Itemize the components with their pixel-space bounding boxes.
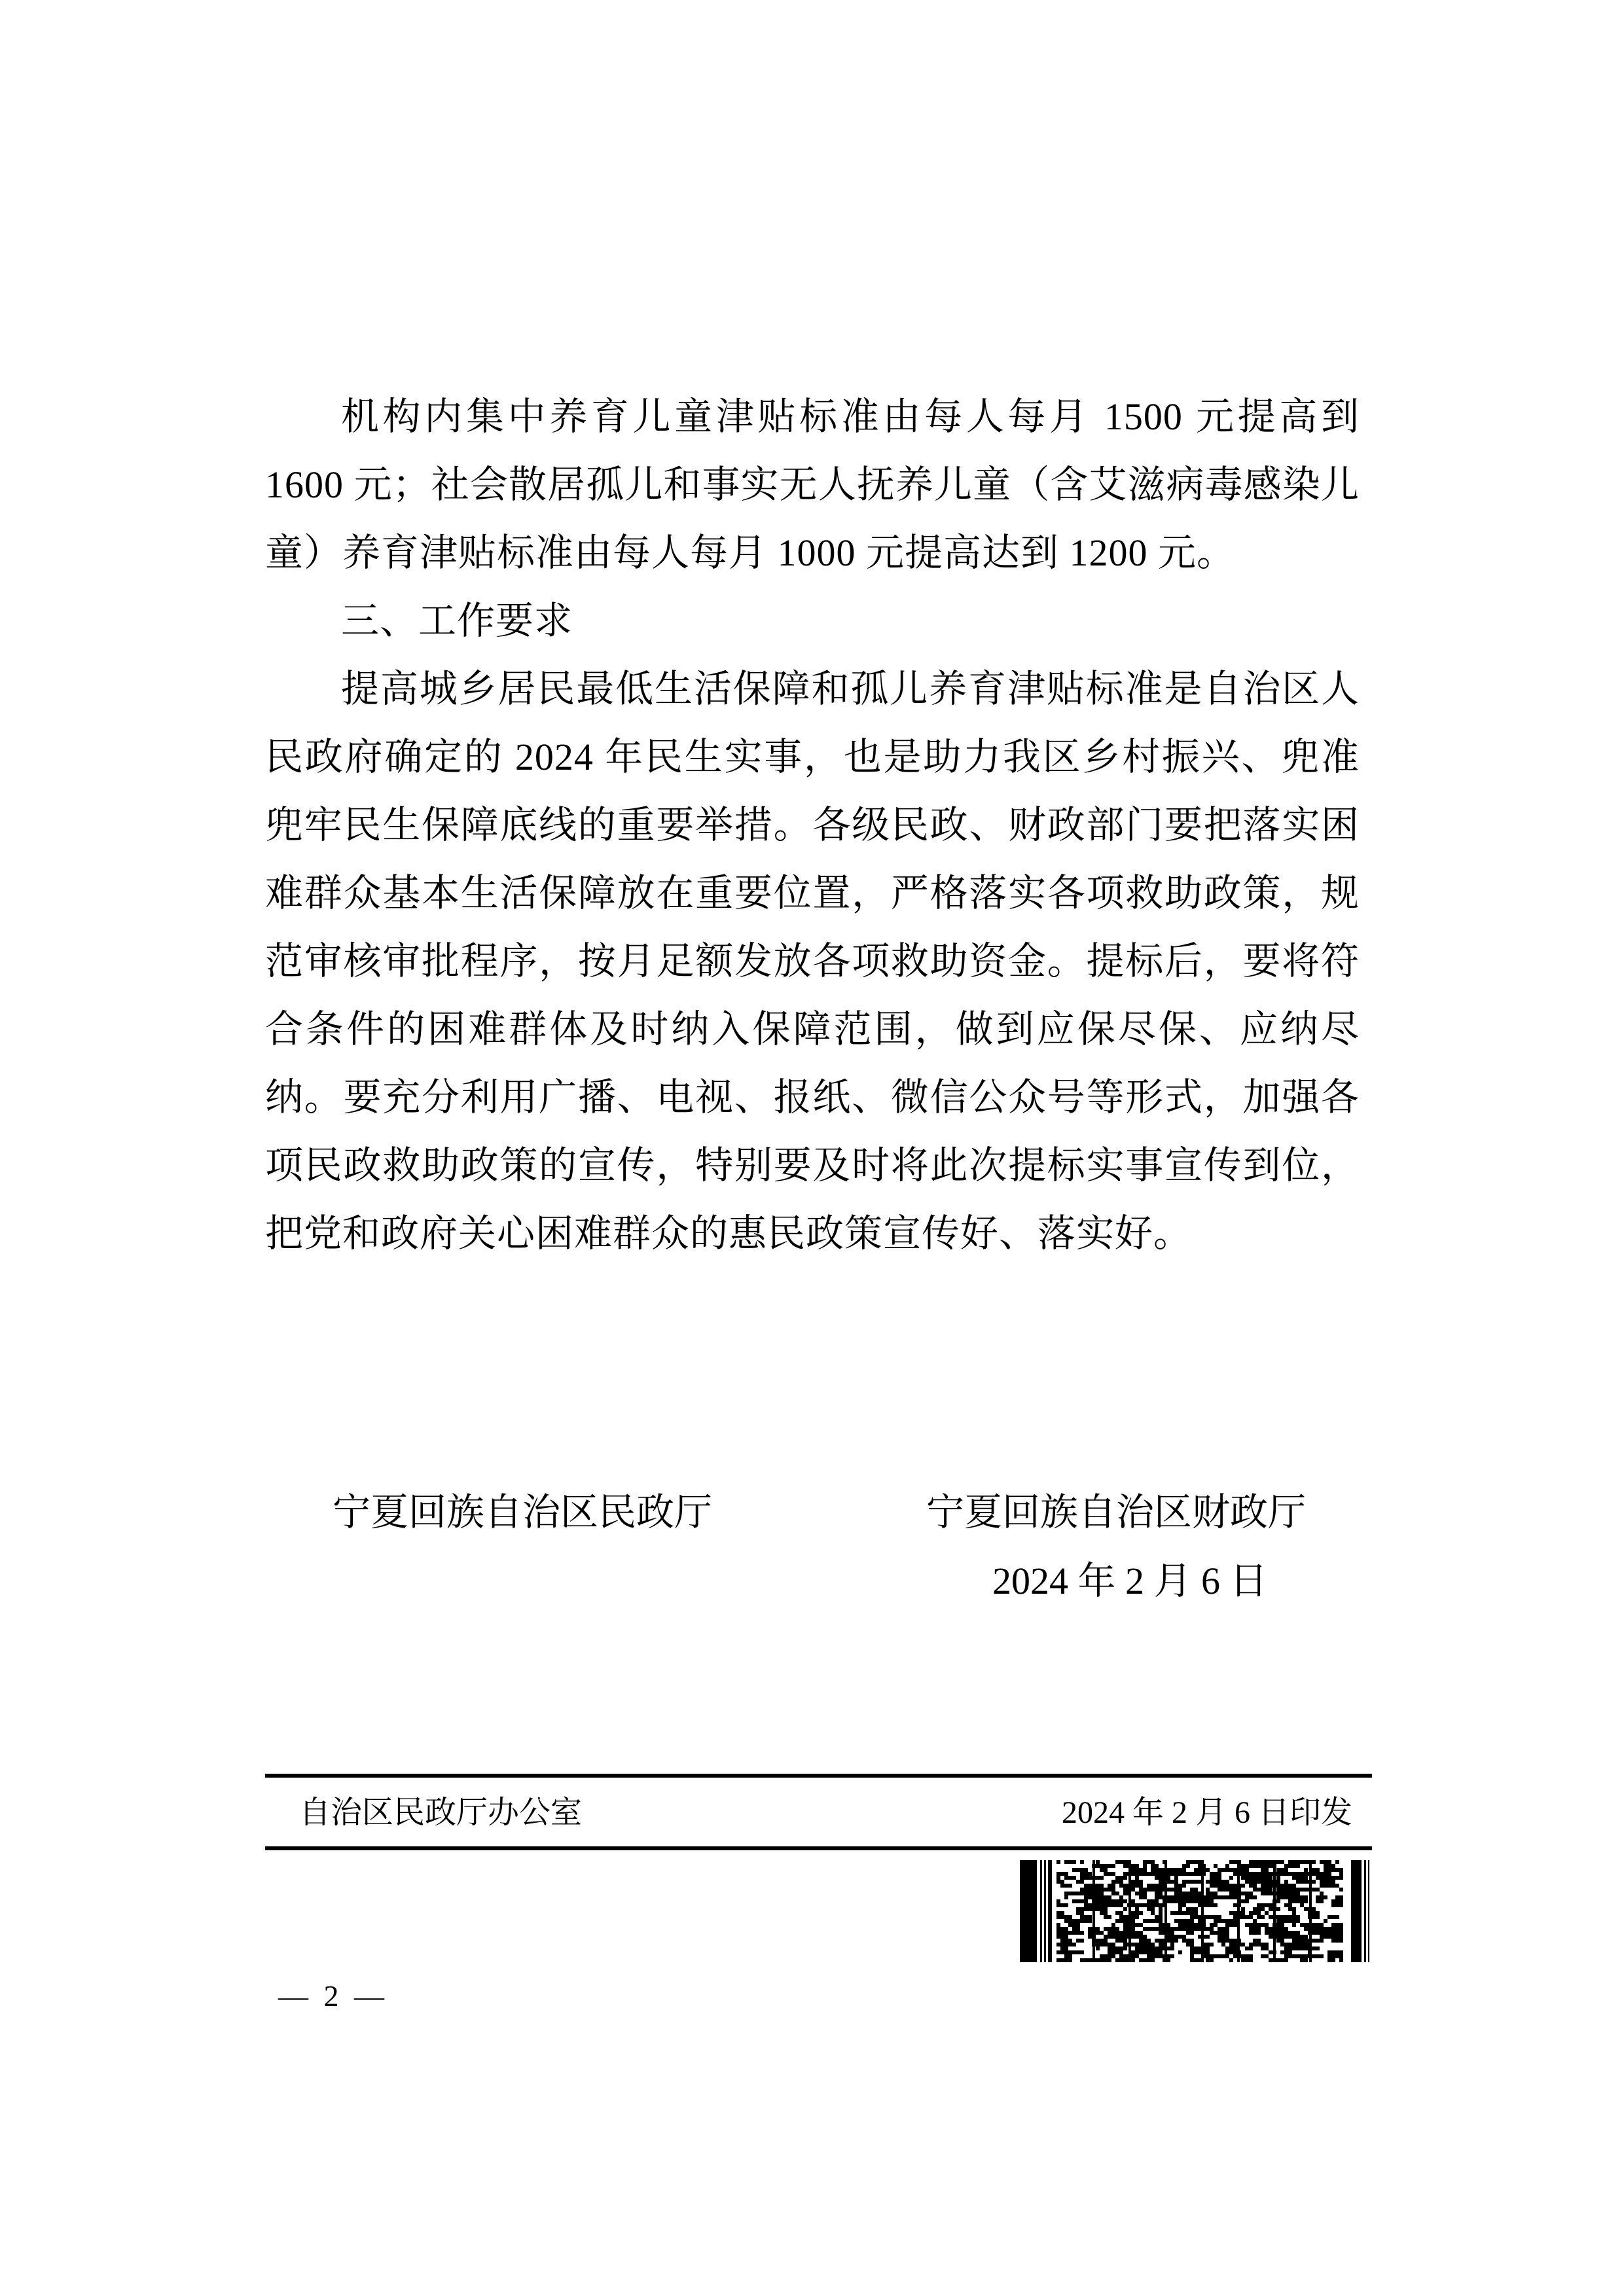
signature-date: 2024 年 2 月 6 日 <box>992 1562 1268 1601</box>
document-body: 机构内集中养育儿童津贴标准由每人每月 1500 元提高到 1600 元；社会散居… <box>265 383 1360 1268</box>
paragraph-orphan-subsidy: 机构内集中养育儿童津贴标准由每人每月 1500 元提高到 1600 元；社会散居… <box>265 383 1360 587</box>
footer-print-date: 2024 年 2 月 6 日印发 <box>1062 1795 1352 1831</box>
signature-org-civil-affairs: 宁夏回族自治区民政厅 <box>333 1493 712 1532</box>
footer-divider-bottom <box>265 1846 1372 1850</box>
page-number: — 2 — <box>278 1979 388 2013</box>
footer-divider-top <box>265 1774 1372 1778</box>
signature-org-finance: 宁夏回族自治区财政厅 <box>926 1493 1306 1532</box>
pdf417-barcode-icon <box>1020 1860 1372 1962</box>
document-page: 机构内集中养育儿童津贴标准由每人每月 1500 元提高到 1600 元；社会散居… <box>0 0 1624 2296</box>
footer-colophon: 自治区民政厅办公室 2024 年 2 月 6 日印发 <box>299 1795 1352 1831</box>
section-heading-work-requirements: 三、工作要求 <box>265 587 1360 655</box>
footer-issuing-office: 自治区民政厅办公室 <box>299 1795 582 1831</box>
paragraph-work-requirements: 提高城乡居民最低生活保障和孤儿养育津贴标准是自治区人民政府确定的 2024 年民… <box>265 655 1360 1268</box>
